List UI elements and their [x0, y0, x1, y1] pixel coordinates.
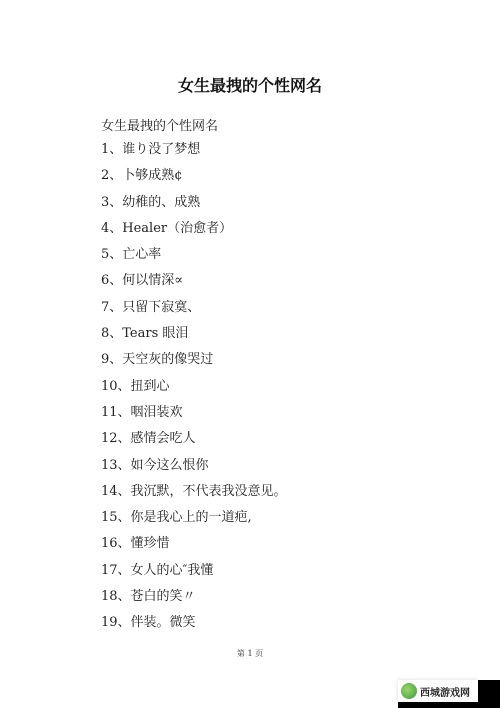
leaf-logo-icon	[401, 683, 417, 699]
list-item: 9、天空灰的像哭过	[101, 351, 287, 377]
list-item: 2、卜够成熟¢	[101, 167, 287, 193]
list-item: 14、我沉默，不代表我没意见。	[101, 483, 287, 509]
watermark: 西城游戏网	[398, 680, 478, 702]
nickname-list: 1、谁り没了梦想 2、卜够成熟¢ 3、幼稚的、成熟 4、Healer（治愈者） …	[101, 141, 287, 641]
list-item: 10、扭到心	[101, 378, 287, 404]
list-item: 15、你是我心上的一道疤,	[101, 509, 287, 535]
watermark-bar	[398, 702, 500, 708]
list-item: 8、Tears 眼泪	[101, 325, 287, 351]
list-item: 12、感情会吃人	[101, 430, 287, 456]
document-page: 女生最拽的个性网名 女生最拽的个性网名 1、谁り没了梦想 2、卜够成熟¢ 3、幼…	[0, 0, 500, 708]
list-item: 3、幼稚的、成熟	[101, 194, 287, 220]
list-item: 5、亡心率	[101, 246, 287, 272]
list-item: 18、苍白的笑〃	[101, 588, 287, 614]
list-item: 11、咽泪装欢	[101, 404, 287, 430]
list-item: 17、女人的心″我懂	[101, 562, 287, 588]
list-item: 16、懂珍惜	[101, 535, 287, 561]
document-title: 女生最拽的个性网名	[0, 73, 500, 96]
list-item: 1、谁り没了梦想	[101, 141, 287, 167]
document-subtitle: 女生最拽的个性网名	[101, 115, 218, 134]
list-item: 4、Healer（治愈者）	[101, 220, 287, 246]
watermark-text: 西城游戏网	[420, 684, 470, 699]
list-item: 19、伴装。微笑	[101, 614, 287, 640]
list-item: 7、只留下寂寞、	[101, 299, 287, 325]
page-number: 第 1 页	[0, 648, 500, 659]
list-item: 6、何以情深∝	[101, 272, 287, 298]
list-item: 13、如今这么恨你	[101, 457, 287, 483]
